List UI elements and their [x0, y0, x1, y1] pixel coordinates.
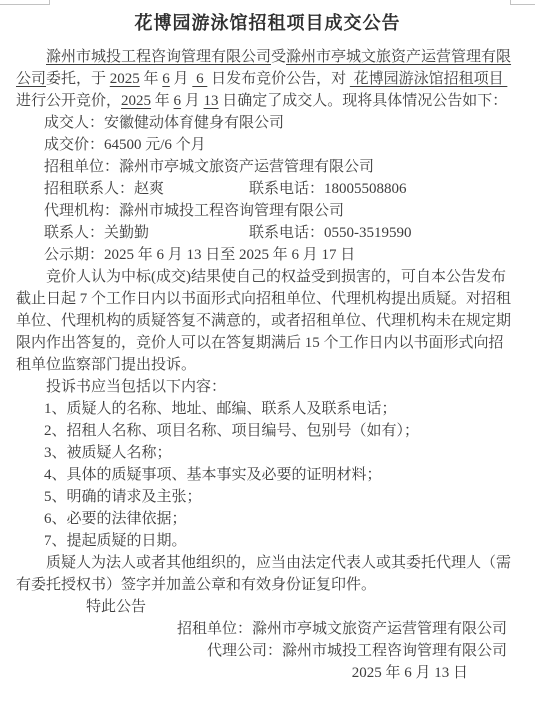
- fact-line: 代理机构：滁州市城投工程咨询管理有限公司: [16, 200, 517, 222]
- signature-date: 2025 年 6 月 13 日: [16, 662, 517, 684]
- fact-line: 成交价：64500 元/6 个月: [16, 134, 517, 156]
- underlined-field: 2025: [110, 71, 140, 87]
- closing-line: 特此公告: [16, 596, 517, 618]
- fact-phone: 联系电话：0550-3519590: [249, 222, 412, 244]
- fact-phone: 联系电话：18005508806: [249, 178, 407, 200]
- legal-paragraph: 质疑人为法人或者其他组织的，应当由法定代表人或其委托代理人（需有委托授权书）签字…: [16, 552, 517, 596]
- underlined-field: 花博园游泳馆招租项目: [350, 71, 508, 87]
- text-run: 进行公开竞价，: [16, 93, 121, 109]
- text-run: 年: [151, 93, 174, 109]
- fact-text: 招租单位：滁州市亭城文旅资产运营管理有限公司: [44, 159, 374, 175]
- text-run: 月: [170, 71, 193, 87]
- fact-text: 联系人：关勤勤: [44, 225, 149, 241]
- text-run: 受: [271, 49, 286, 65]
- text-run: 日发布竞价公告，对: [207, 71, 350, 87]
- text-run: 月: [181, 93, 204, 109]
- list-item: 7、提起质疑的日期。: [16, 530, 517, 552]
- fact-text: 成交人：安徽健动体育健身有限公司: [44, 115, 284, 131]
- fact-line: 成交人：安徽健动体育健身有限公司: [16, 112, 517, 134]
- underlined-field: 2025: [121, 93, 151, 109]
- list-item: 3、被质疑人名称；: [16, 442, 517, 464]
- underlined-field: 6: [174, 93, 182, 109]
- fact-text: 代理机构：滁州市城投工程咨询管理有限公司: [44, 203, 344, 219]
- complaint-item-list: 1、质疑人的名称、地址、邮编、联系人及联系电话；2、招租人名称、项目名称、项目编…: [16, 398, 517, 552]
- list-item: 2、招租人名称、项目名称、项目编号、包别号（如有）；: [16, 420, 517, 442]
- announcement-document: 花博园游泳馆招租项目成交公告 滁州市城投工程咨询管理有限公司受滁州市亭城文旅资产…: [0, 0, 535, 722]
- fact-text: 成交价：64500 元/6 个月: [44, 137, 206, 153]
- fact-line: 招租联系人：赵爽联系电话：18005508806: [16, 178, 517, 200]
- intro-paragraph: 滁州市城投工程咨询管理有限公司受滁州市亭城文旅资产运营管理有限公司委托，于 20…: [16, 46, 517, 112]
- page-title: 花博园游泳馆招租项目成交公告: [0, 0, 535, 46]
- text-boundary-mark-top-left: [0, 0, 50, 5]
- list-item: 4、具体的质疑事项、基本事实及必要的证明材料；: [16, 464, 517, 486]
- fact-line: 联系人：关勤勤联系电话：0550-3519590: [16, 222, 517, 244]
- underlined-field: 滁州市城投工程咨询管理有限公司: [46, 49, 271, 65]
- signature-block: 招租单位：滁州市亭城文旅资产运营管理有限公司 代理公司：滁州市城投工程咨询管理有…: [16, 618, 517, 684]
- text-run: 日确定了成交人。现将具体情况公告如下：: [219, 93, 508, 109]
- document-body: 滁州市城投工程咨询管理有限公司受滁州市亭城文旅资产运营管理有限公司委托，于 20…: [16, 46, 517, 684]
- list-item: 6、必要的法律依据；: [16, 508, 517, 530]
- dispute-paragraph: 竞价人认为中标(成交)结果使自己的权益受到损害的，可自本公告发布截止日起 7 个…: [16, 266, 517, 376]
- signature-agency: 代理公司：滁州市城投工程咨询管理有限公司: [16, 640, 517, 662]
- text-boundary-mark-top-right: [510, 0, 535, 5]
- list-item: 1、质疑人的名称、地址、邮编、联系人及联系电话；: [16, 398, 517, 420]
- text-run: 委托，于: [46, 71, 110, 87]
- underlined-field: 6: [162, 71, 170, 87]
- text-run: 年: [140, 71, 163, 87]
- underlined-field: 13: [204, 93, 219, 109]
- fact-text: 公示期：2025 年 6 月 13 日至 2025 年 6 月 17 日: [44, 247, 355, 263]
- fact-text: 招租联系人：赵爽: [44, 181, 164, 197]
- underlined-field: 6: [192, 71, 207, 87]
- fact-list: 成交人：安徽健动体育健身有限公司成交价：64500 元/6 个月招租单位：滁州市…: [16, 112, 517, 266]
- list-item: 5、明确的请求及主张；: [16, 486, 517, 508]
- signature-lessor: 招租单位：滁州市亭城文旅资产运营管理有限公司: [16, 618, 517, 640]
- fact-line: 公示期：2025 年 6 月 13 日至 2025 年 6 月 17 日: [16, 244, 517, 266]
- fact-line: 招租单位：滁州市亭城文旅资产运营管理有限公司: [16, 156, 517, 178]
- complaint-intro: 投诉书应当包括以下内容：: [16, 376, 517, 398]
